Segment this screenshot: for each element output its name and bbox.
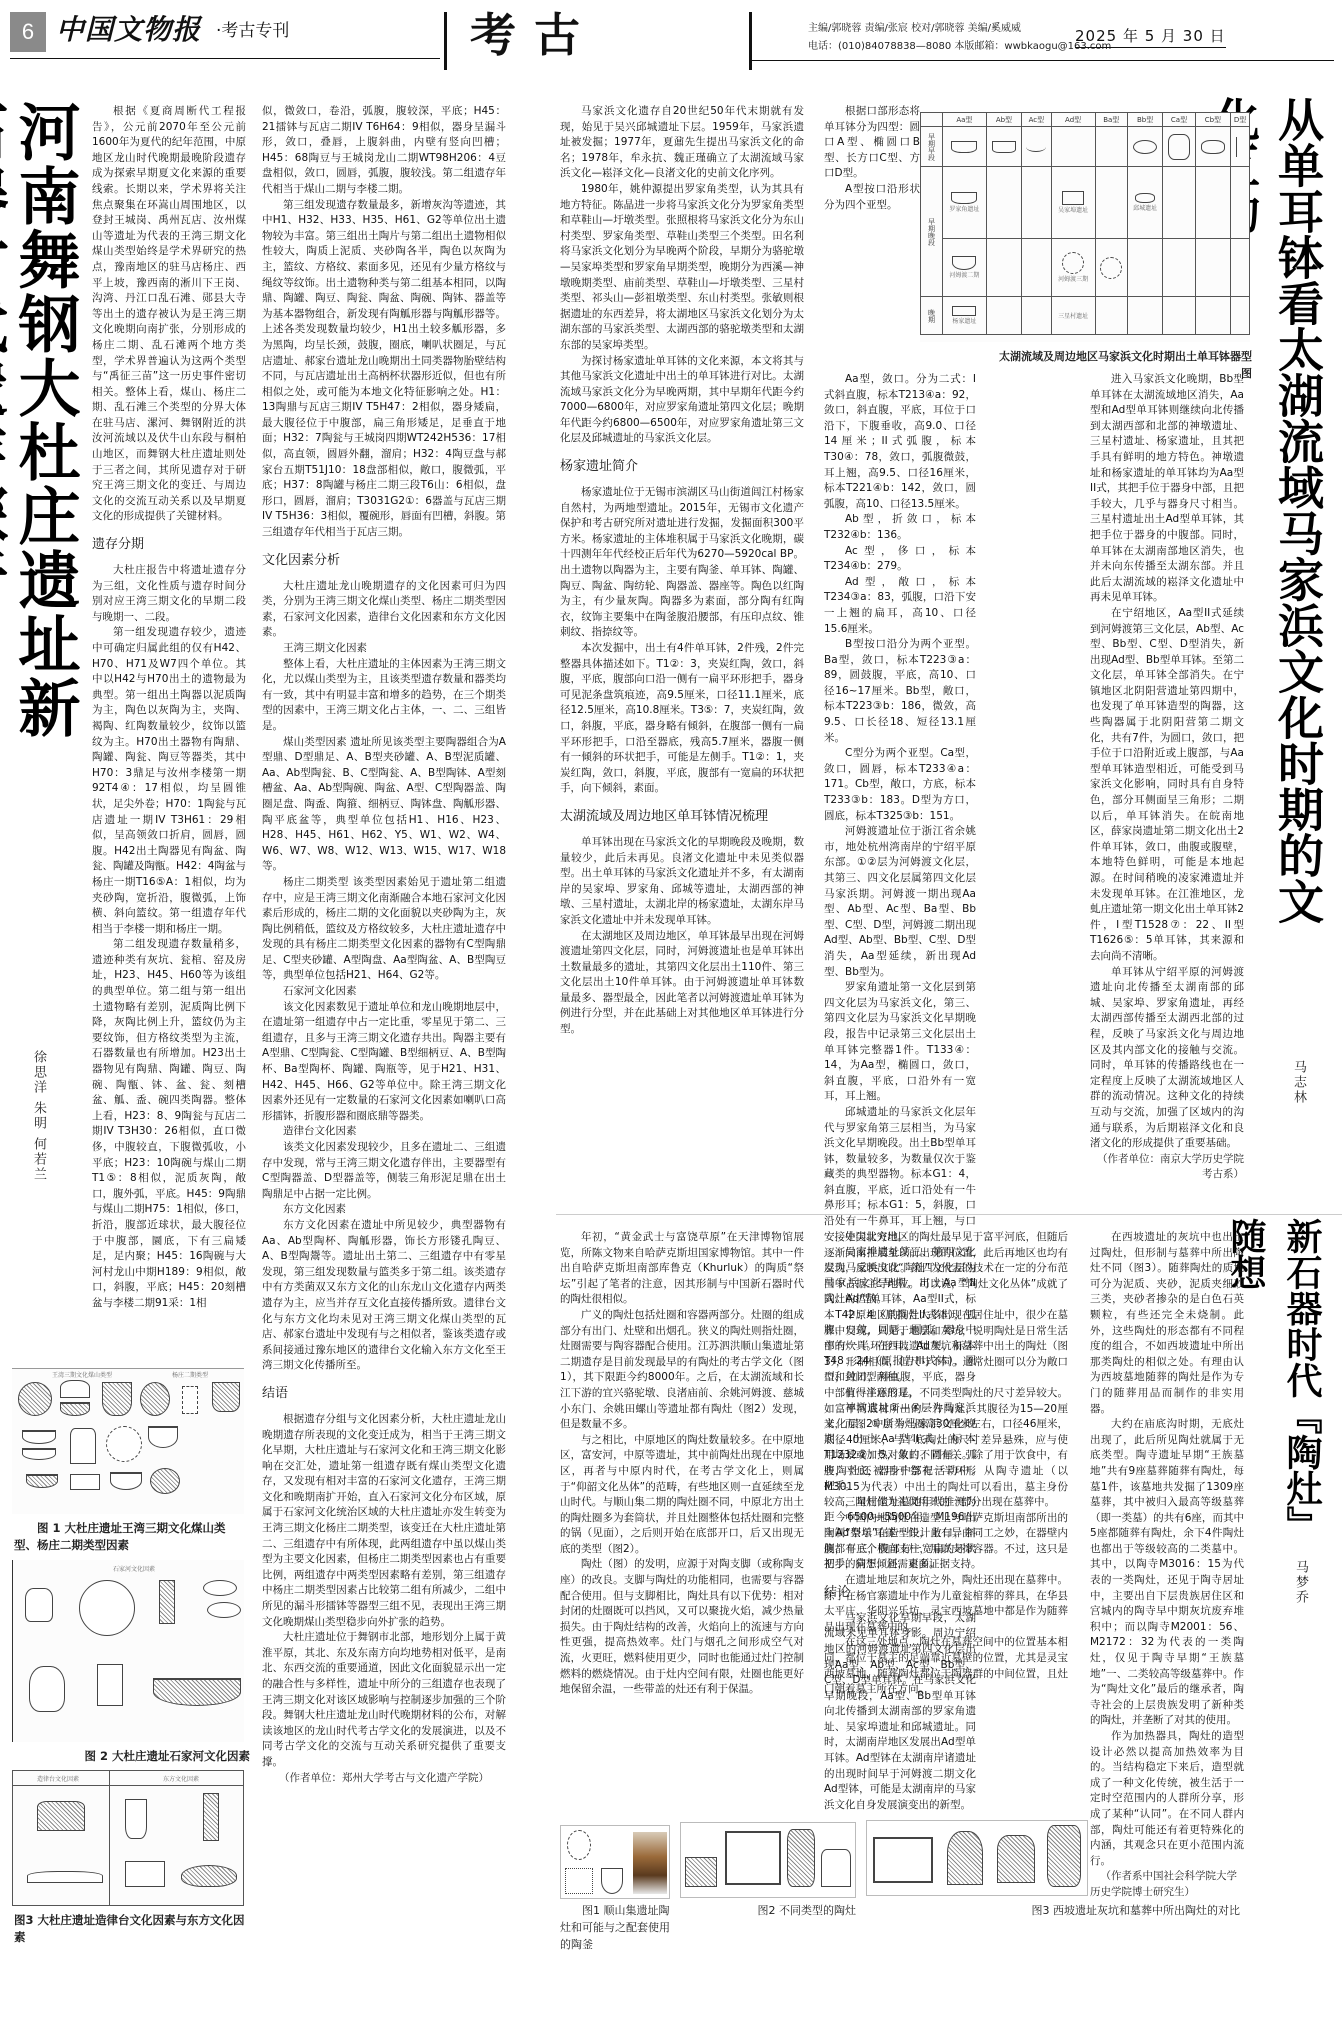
pottery-jar-icon — [18, 1382, 52, 1416]
article3-column-2: 中国北方地区的陶灶最早见于富平河底，但随后逐渐向南推展至以前出现的位置，此后再地… — [824, 1230, 1068, 1698]
pottery-vessel-icon — [70, 1428, 96, 1464]
table-cell — [1095, 127, 1127, 167]
pottery-cup-icon — [25, 1588, 53, 1622]
pottery-bowl-icon — [22, 1448, 56, 1460]
pottery-bowl-icon — [148, 1426, 178, 1448]
paragraph: Ac型，侈口，标本T234④b：279。 — [824, 544, 976, 575]
table-cell — [1095, 297, 1127, 335]
figure-label: 王湾三期文化煤山类型 — [52, 1370, 112, 1379]
paragraph: 该类文化因素发现较少，且多在遗址二、三组遗存中发现，常与王湾三期文化遗存伴出，主… — [262, 1140, 506, 1202]
masthead: 6 中国文物报 ·考古专刊 考古 主编/郭晓蓉 责编/张宸 校对/郭晓蓉 美编/… — [0, 0, 1344, 72]
table-cell — [1022, 167, 1052, 239]
paragraph: 整体上看，大杜庄遗址的主体因素为王湾三期文化，尤以煤山类型为主，且该类型遗存数量… — [262, 657, 506, 735]
paragraph: 马家浜文化遗存自20世纪50年代末期就有发现，始见于吴兴邱城遗址下层。1959年… — [560, 104, 804, 182]
table-cell — [1051, 127, 1095, 167]
paragraph: 中国北方地区的陶灶最早见于富平河底，但随后逐渐向南推展至以前出现的位置，此后再地… — [824, 1230, 1068, 1308]
paragraph: Ab型，折敛口，标本T232④b：136。 — [824, 512, 976, 543]
table-cell — [1127, 127, 1162, 167]
stove-type-2-icon — [725, 1831, 781, 1885]
table-cell — [1195, 127, 1230, 167]
issue-date: 2025 年 5 月 30 日 — [1075, 26, 1226, 48]
paragraph: 第二组发现遗存数量稍多，遗迹种类有灰坑、瓮棺、窑及房址，H23、H45、H60等… — [92, 937, 246, 1311]
figure-3-xipo-stoves — [866, 1820, 1088, 1896]
table-cell — [1231, 127, 1250, 167]
paragraph: 单耳钵从宁绍平原的河姆渡遗址向北传播至太湖南部的邱城、吴家埠、罗家角遗址，再经太… — [1090, 965, 1244, 1152]
table-cell: 邱城遗址 — [1127, 167, 1162, 239]
figure-3-pottery-drawings: 造律台文化因素 东方文化因素 — [12, 1770, 244, 1906]
table-cell — [1095, 167, 1127, 239]
row-header: 早期早段 — [921, 127, 943, 167]
contact-line: 电话：(010)84078838—8080 本版邮箱：wwbkaogu@163.… — [808, 38, 1111, 56]
subheading: 东方文化因素 — [262, 1202, 506, 1218]
pottery-fragment-icon — [125, 1861, 165, 1887]
paragraph: 本次发掘中，出土有4件单耳钵，2件残，2件完整器具体描述如下。T1②：3，夹炭红… — [560, 641, 804, 797]
figure-rule — [109, 1771, 110, 1906]
table-header: Cb型 — [1195, 113, 1230, 127]
pottery-bowl-icon — [26, 1474, 58, 1488]
paragraph: 值得注意的是，不同类型陶灶的尺寸差异较大。如富平河底村所出的一件陶灶，其腹径为1… — [824, 1386, 1068, 1511]
subheading: 石家河文化因素 — [262, 984, 506, 1000]
header-rule — [752, 60, 1334, 61]
paragraph: 杨家遗址位于无锡市滨湖区马山街道闾江村杨家自然村，为两地型遗址。2015年，无锡… — [560, 485, 804, 641]
article1-column-2: 似，微敛口，卷沿，弧腹，腹较深，平底；H45：21擂钵与瓦店二期IV T6H64… — [262, 104, 506, 1786]
pottery-bowl-icon — [60, 1402, 90, 1416]
article3-column-1: 年初，“黄金武士与富饶草原”在天津博物馆展览，所陈文物来自哈萨克斯坦国家博物馆。… — [560, 1230, 804, 1698]
pottery-jar-icon — [150, 1468, 180, 1494]
table-cell — [1022, 127, 1052, 167]
paragraph: 根据遗存分组与文化因素分析，大杜庄遗址龙山晚期遗存所表现的文化变迁成为，相当于王… — [262, 1412, 506, 1630]
newspaper-logo: 中国文物报 — [56, 10, 201, 50]
pottery-bowl-icon — [22, 1430, 56, 1444]
cauldron-icon — [601, 1868, 623, 1894]
table-header: Aa型 — [943, 113, 987, 127]
article-separator — [556, 1214, 1342, 1215]
table-cell: 河姆渡三期 — [1051, 239, 1095, 297]
article1-authors: 徐思洋 朱明 何若兰 — [30, 1050, 46, 1250]
single-ear-bowl-typology-figure: Aa型 Ab型 Ac型 Ad型 Ba型 Bb型 Ca型 Cb型 D型 早期早段 … — [920, 112, 1250, 342]
pottery-jar-icon — [79, 1580, 135, 1636]
article2-column-2a: 根据口部形态将单耳钵分为四型：圆口A型、椭圆口B型、长方口C型、方口D型。 A型… — [824, 104, 920, 213]
figure-1-pottery-drawings: 王湾三期文化煤山类型 杨庄二期类型 — [12, 1368, 244, 1514]
cell-label: 吴家埠遗址 — [1052, 205, 1095, 214]
subheading: 造律台文化因素 — [262, 1124, 506, 1140]
pottery-shard-icon — [182, 1386, 198, 1414]
table-cell — [1231, 297, 1250, 335]
paragraph: B型按口沿分为两个亚型。Ba型，敛口，标本T223③a：89，圆鼓腹，平底，高1… — [824, 637, 976, 746]
paragraph: 大约在庙底沟时期，无底灶出现了，此后所见陶灶就属于无底类型。陶寺遗址早期“王族墓… — [1090, 1417, 1244, 1729]
table-header: D型 — [1231, 113, 1250, 127]
pottery-tripod-icon — [37, 1801, 85, 1831]
table-cell — [986, 127, 1021, 167]
table-header: Ab型 — [986, 113, 1021, 127]
pottery-lid-icon — [60, 1380, 90, 1398]
section-title: 考古 — [470, 6, 598, 64]
table-cell — [1022, 297, 1052, 335]
stove-tomb-icon — [1047, 1825, 1081, 1887]
cell-label: 河姆渡二期 — [943, 270, 986, 279]
paragraph: 第三组发现遗存数量最多，新增灰沟等遗迹，其中H1、H32、H33、H35、H61… — [262, 198, 506, 541]
paragraph: 在西坡遗址的灰坑中也出土过陶灶，但形制与墓葬中所出陶灶不同（图3）。随葬陶灶的质… — [1090, 1230, 1244, 1417]
editor-credits: 主编/郭晓蓉 责编/张宸 校对/郭晓蓉 美编/奚威威 电话：(010)84078… — [808, 20, 1111, 56]
table-cell — [1195, 239, 1230, 297]
paragraph: 单耳钵出现在马家浜文化的早期晚段及晚期，数量较少，此后未再见。良渚文化遗址中未见… — [560, 835, 804, 929]
paragraph: 广义的陶灶包括灶圈和容器两部分。灶圈的组成部分有出门、灶壁和出烟孔。狭义的陶灶则… — [560, 1308, 804, 1433]
section-heading: 遗存分期 — [92, 535, 246, 555]
paragraph: 似，微敛口，卷沿，弧腹，腹较深，平底；H45：21擂钵与瓦店二期IV T6H64… — [262, 104, 506, 198]
stove-photo — [633, 1832, 667, 1894]
article2-column-3: 进入马家浜文化晚期，Bb型单耳钵在太湖流域地区消失，Aa型和Ad型单耳钵则继续向… — [1090, 372, 1244, 1183]
article3-author: 马梦乔 — [1292, 1560, 1308, 1620]
paragraph: 根据口部形态将单耳钵分为四型：圆口A型、椭圆口B型、长方口C型、方口D型。 — [824, 104, 920, 182]
figure-1-caption: 图1 顺山集遗址陶灶和可能与之配套使用的陶釜 — [560, 1902, 678, 1953]
special-edition-label: ·考古专刊 — [216, 18, 289, 44]
header-rule — [10, 58, 440, 59]
figure-rule — [12, 1368, 244, 1369]
table-cell — [1163, 239, 1195, 297]
paragraph: 在遗址地层和灰坑之外，陶灶还出现在墓葬中。除了在杨官寨遗址中作为儿童瓮棺葬的葬具… — [824, 1573, 1068, 1635]
pottery-stand-icon — [70, 1474, 100, 1490]
pottery-pot-icon — [102, 1382, 132, 1416]
paragraph: 陶灶（图）的发明，应源于对陶支脚（或称陶支座）的改良。支脚与陶灶的功能相同，也需… — [560, 1557, 804, 1697]
section-heading: 结语 — [262, 1384, 506, 1404]
stove-tomb-icon — [947, 1831, 983, 1885]
table-cell: 吴家埠遗址 — [1051, 167, 1095, 239]
pottery-bowl-icon — [110, 1472, 142, 1490]
pottery-stemmed-cup-icon — [203, 1793, 219, 1841]
figure-1-caption: 图 1 大杜庄遗址王湾三期文化煤山类型、杨庄二期类型因素 — [14, 1520, 246, 1554]
paragraph: 根据《夏商周断代工程报告》，公元前2070年至公元前1600年为夏代的纪年范围，… — [92, 104, 246, 525]
article3-title: 新石器时代『陶灶』随想 — [1266, 1218, 1330, 1548]
article2-author: 马志林 — [1290, 1060, 1306, 1120]
figure-rule — [13, 1785, 244, 1786]
figure-label: 东方文化因素 — [163, 1774, 199, 1783]
article2-column-1: 马家浜文化遗存自20世纪50年代末期就有发现，始见于吴兴邱城遗址下层。1959年… — [560, 104, 804, 1038]
table-cell: 三星村遗址 — [1051, 297, 1095, 335]
paragraph: 1980年，姚仲源提出罗家角类型，认为其具有地方特征。陈晶进一步将马家浜文化分为… — [560, 182, 804, 354]
table-cell: 罗家角遗址 — [943, 167, 987, 239]
paragraph: 杨庄二期类型 该类型因素始见于遗址第二组遗存中，应是王湾三期文化南渐融合本地石家… — [262, 875, 506, 984]
paragraph: 河姆渡遗址位于浙江省余姚市，地处杭州湾南岸的宁绍平原东部。①②层为河姆渡文化层，… — [824, 824, 976, 980]
page-number: 6 — [10, 12, 46, 52]
pottery-tube-icon — [159, 1580, 175, 1624]
paragraph: 东方文化因素在遗址中所见较少，典型器物有Aa、Ab型陶杯、陶觚形器，饰长方形镂孔… — [262, 1218, 506, 1374]
paragraph: 罗家角遗址第一文化层到第四文化层为马家浜文化，第三、第四文化层为马家浜文化早期晚… — [824, 980, 976, 1105]
typology-table: Aa型 Ab型 Ac型 Ad型 Ba型 Bb型 Ca型 Cb型 D型 早期早段 … — [920, 112, 1250, 335]
table-cell — [1163, 127, 1195, 167]
pottery-basin-icon — [153, 1678, 241, 1706]
table-cell — [1231, 167, 1250, 239]
paragraph: 在太湖地区及周边地区，单耳钵最早出现在河姆渡遗址第四文化层，同时，河姆渡遗址也是… — [560, 929, 804, 1038]
cell-label: 罗家角遗址 — [943, 204, 986, 213]
section-heading: 文化因素分析 — [262, 551, 506, 571]
figure-3-caption: 图3 大杜庄遗址造律台文化因素与东方文化因素 — [14, 1912, 254, 1946]
table-header: Ac型 — [1022, 113, 1052, 127]
table-cell — [1195, 297, 1230, 335]
row-header: 晚期 — [921, 297, 943, 335]
stove-body-icon — [565, 1868, 593, 1894]
header-divider — [749, 12, 752, 70]
stove-type-4-icon — [821, 1849, 851, 1887]
subheading: 王湾三期文化因素 — [262, 641, 506, 657]
figure-2-caption: 图2 不同类型的陶灶 — [720, 1902, 856, 1919]
pottery-spout-icon — [181, 1865, 237, 1887]
pottery-fragment-icon — [207, 1602, 241, 1618]
table-cell — [943, 127, 987, 167]
section-heading: 杨家遗址简介 — [560, 457, 804, 477]
stove-type-3-icon — [787, 1829, 815, 1887]
stove-pit-icon — [873, 1837, 933, 1883]
paragraph: 中原地区的陶灶大多出现在居住址中，很少在墓葬中发现，只见于地层和灰坑，说明陶灶是… — [824, 1308, 1068, 1386]
pottery-plate-icon — [106, 1426, 142, 1462]
paragraph: 大杜庄遗址龙山晚期遗存的文化因素可归为四类，分别为王湾三期文化煤山类型、杨庄二期… — [262, 579, 506, 641]
paragraph: 为探讨杨家遗址单耳钵的文化来源，本文将其与其他马家浜文化遗址中出土的单耳钵进行对… — [560, 354, 804, 448]
table-cell: 河姆渡二期 — [943, 239, 987, 297]
article2-title: 从单耳钵看太湖流域马家浜文化时期的文化互动 — [1262, 96, 1330, 946]
paragraph: 第一组发现遗存较少，遗迹中可确定归属此组的仅有H42、H70、H71及W7四个单… — [92, 625, 246, 937]
paragraph: 大杜庄遗址位于舞钢市北部，地形划分上属于黄淮平原，其北、东及东南方向均地势相对低… — [262, 1630, 506, 1770]
table-header: Ad型 — [1051, 113, 1095, 127]
paragraph: 与之相比，中原地区的陶灶数量较多。在中原地区，富安河，中原等遗址，其中前陶灶出现… — [560, 1433, 804, 1558]
row-header: 早期晚段 — [921, 167, 943, 297]
article1-title: 河南舞钢大杜庄遗址新石器时代遗存探析 — [8, 100, 80, 790]
article3-column-3: 在西坡遗址的灰坑中也出土过陶灶，但形制与墓葬中所出陶灶不同（图3）。随葬陶灶的质… — [1090, 1230, 1244, 1901]
paragraph: 大杜庄报告中将遗址遗存分为三组，文化性质与遗存时间分别对应王湾三期文化的早期二段… — [92, 563, 246, 625]
paragraph: 该文化因素数见于遗址单位和龙山晚期地层中，在遗址第一组遗存中占一定比重，零星见于… — [262, 1000, 506, 1125]
editors-line: 主编/郭晓蓉 责编/张宸 校对/郭晓蓉 美编/奚威威 — [808, 20, 1111, 38]
stove-ring-icon — [567, 1830, 591, 1860]
table-cell — [1022, 239, 1052, 297]
table-cell — [986, 239, 1021, 297]
figure-3-caption: 图3 西坡遗址灰坑和墓葬中所出陶灶的对比 — [1000, 1902, 1240, 1919]
paragraph: 在这三处地点，陶灶在墓葬空间中的位置基本相同，都位于墓主的足端靠近墓壁的位置，尤… — [824, 1635, 1068, 1697]
section-heading: 太湖流域及周边地区单耳钵情况梳理 — [560, 807, 804, 827]
paragraph: 年初，“黄金武士与富饶草原”在天津博物馆展览，所陈文物来自哈萨克斯坦国家博物馆。… — [560, 1230, 804, 1308]
paragraph: 作为加热器具，陶灶的造型设计必然以提高加热效率为目的。当结构稳定下来后，造型就成… — [1090, 1729, 1244, 1869]
paragraph: 进入马家浜文化晚期，Bb型单耳钵在太湖流域地区消失，Aa型和Ad型单耳钵则继续向… — [1090, 372, 1244, 606]
table-cell — [1127, 239, 1162, 297]
pottery-cup-icon — [125, 1799, 147, 1839]
table-cell — [986, 167, 1021, 239]
figure-2-pottery-stoves — [680, 1822, 856, 1898]
cell-label: 三星村遗址 — [1052, 311, 1095, 320]
cell-label: 杨家遗址 — [943, 316, 986, 325]
pottery-jar-icon — [29, 1666, 65, 1712]
pottery-fragment-icon — [203, 1580, 237, 1596]
stove-type-1-icon — [685, 1857, 717, 1887]
table-cell — [986, 297, 1021, 335]
paragraph: Ad型，敞口，标本T234③a：83，弧腹，口沿下安一上翘的扁耳，高10、口径1… — [824, 575, 976, 637]
table-cell — [1163, 297, 1195, 335]
paragraph: 在宁绍地区，Aa型II式延续到河姆渡第三文化层，Ab型、Ac型、Bb型、C型、D… — [1090, 606, 1244, 965]
author-affiliation: （作者单位：南京大学历史学院考古系） — [1090, 1152, 1244, 1183]
figure-label: 造律台文化因素 — [37, 1774, 79, 1783]
table-cell — [1095, 239, 1127, 297]
table-corner — [921, 113, 943, 127]
pottery-cup-icon — [212, 1382, 240, 1412]
cell-label: 邱城遗址 — [1128, 203, 1162, 212]
figure-2-caption: 图 2 大杜庄遗址石家河文化因素 — [70, 1748, 250, 1765]
table-header: Bb型 — [1127, 113, 1162, 127]
author-affiliation: （作者单位：郑州大学考古与文化遗产学院） — [262, 1771, 506, 1787]
pottery-jar-icon — [140, 1382, 170, 1416]
article1-column-1: 根据《夏商周断代工程报告》，公元前2070年至公元前1600年为夏代的纪年范围，… — [92, 104, 246, 1312]
figure-label: 石家河文化因素 — [113, 1564, 155, 1573]
table-header: Ca型 — [1163, 113, 1195, 127]
cell-label: 河姆渡三期 — [1052, 274, 1095, 283]
header-divider — [444, 12, 447, 70]
table-cell: 杨家遗址 — [943, 297, 987, 335]
paragraph: 邱城遗址的马家浜文化层年代与罗家角第三层相当，为马家浜文化早期晚段。出土Bb型单… — [824, 1105, 976, 1245]
stove-tomb-icon — [997, 1835, 1035, 1883]
paragraph: 中国内地陶灶在造型上与哈萨克斯坦南部所出的陶制“祭坛”在造型设计上有异曲同工之妙… — [824, 1511, 1068, 1573]
figure-1-pottery-stove — [560, 1825, 670, 1899]
author-affiliation: （作者系中国社会科学院大学历史学院博士研究生） — [1090, 1869, 1244, 1900]
figure-label: 杨庄二期类型 — [172, 1370, 208, 1379]
figure-2-pottery-drawings: 石家河文化因素 — [12, 1560, 244, 1742]
table-header: Ba型 — [1095, 113, 1127, 127]
table-cell — [1163, 167, 1195, 239]
table-cell — [1231, 239, 1250, 297]
pottery-lid-icon — [27, 1871, 103, 1883]
paragraph: 煤山类型因素 遗址所见该类型主要陶器组合为A型鼎、D型鼎足、A、B型夹砂罐、A、… — [262, 735, 506, 875]
paragraph: A型按口沿形状分为四个亚型。 — [824, 182, 920, 213]
paragraph: Aa型，敛口。分为二式：I式斜直腹，标本T213④a：92，敛口，斜直腹，平底，… — [824, 372, 976, 512]
pottery-vase-icon — [97, 1664, 123, 1706]
paragraph: C型分为两个亚型。Ca型，敛口，圆唇，标本T233④a：171。Cb型，敞口，方… — [824, 746, 976, 824]
table-cell — [1127, 297, 1162, 335]
table-cell — [1195, 167, 1230, 239]
